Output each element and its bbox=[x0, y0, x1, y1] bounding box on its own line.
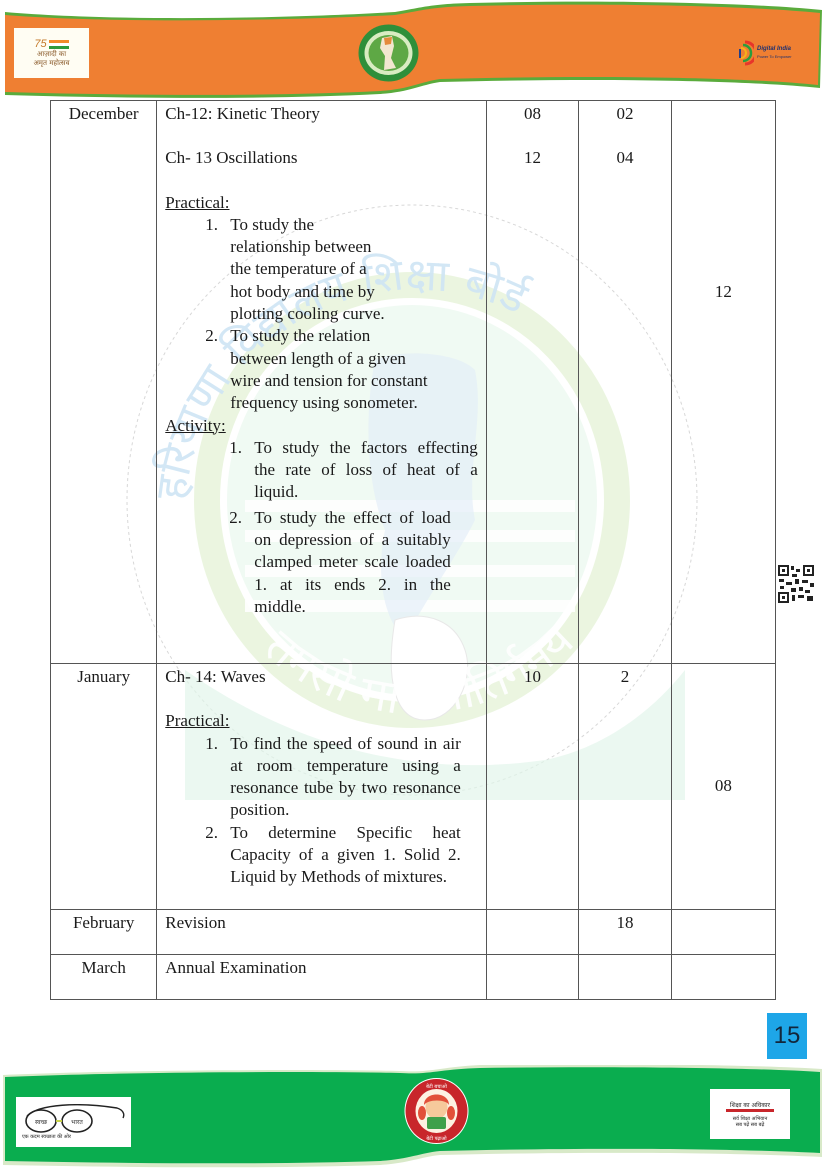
content-cell: Revision bbox=[157, 910, 486, 955]
month-cell: January bbox=[51, 664, 157, 910]
table-row: December Ch-12: Kinetic Theory Ch- 13 Os… bbox=[51, 101, 776, 664]
footer-banner: स्वच्छ भारत एक कदम स्वच्छता की ओर बेटी ब… bbox=[0, 1065, 827, 1169]
activity-heading: Activity: bbox=[165, 415, 477, 437]
shiksha-ka-adhikar-logo: शिक्षा का अधिकार सर्व शिक्षा अभियान सब प… bbox=[710, 1089, 790, 1139]
swachh-bharat-logo: स्वच्छ भारत एक कदम स्वच्छता की ओर bbox=[16, 1097, 131, 1147]
col4-cell: 2 bbox=[579, 664, 671, 910]
rte-title: शिक्षा का अधिकार bbox=[726, 1101, 774, 1112]
page-number: 15 bbox=[767, 1013, 807, 1059]
haryana-board-emblem bbox=[358, 24, 419, 82]
content-cell: Ch-12: Kinetic Theory Ch- 13 Oscillation… bbox=[157, 101, 486, 664]
col3-cell: 08 12 bbox=[486, 101, 578, 664]
digital-india-tagline: Power To Empower bbox=[757, 53, 792, 60]
header-banner: 75 आज़ादी का अमृत महोत्सव Digital India … bbox=[0, 0, 827, 100]
svg-text:बेटी पढ़ाओ: बेटी पढ़ाओ bbox=[426, 1135, 447, 1142]
digital-india-logo: Digital India Power To Empower bbox=[736, 40, 808, 66]
activity-list: 1. To study the factors effecting the ra… bbox=[165, 437, 477, 618]
qr-code-icon[interactable] bbox=[777, 564, 815, 604]
practical-list: 1. To find the speed of sound in air at … bbox=[165, 733, 460, 889]
month-cell: March bbox=[51, 955, 157, 1000]
chapter-title: Ch- 13 Oscillations bbox=[165, 147, 477, 169]
practical-list: 1. To study the relationship between the… bbox=[165, 214, 477, 415]
table-row: February Revision 18 bbox=[51, 910, 776, 955]
practical-heading: Practical: bbox=[165, 710, 477, 732]
chapter-title: Ch-12: Kinetic Theory bbox=[165, 103, 477, 125]
chapter-title: Ch- 14: Waves bbox=[165, 666, 477, 688]
digital-india-icon bbox=[736, 40, 754, 66]
list-item: 1. To study the relationship between the… bbox=[230, 214, 477, 325]
col4-cell: 18 bbox=[579, 910, 671, 955]
gandhi-glasses-icon: स्वच्छ भारत bbox=[19, 1104, 129, 1134]
table-row: January Ch- 14: Waves Practical: 1. To f… bbox=[51, 664, 776, 910]
list-item: 1. To study the factors effecting the ra… bbox=[254, 437, 477, 504]
content-cell: Annual Examination bbox=[157, 955, 486, 1000]
monthly-syllabus-table: December Ch-12: Kinetic Theory Ch- 13 Os… bbox=[50, 100, 776, 1000]
col3-cell bbox=[486, 955, 578, 1000]
col4-cell bbox=[579, 955, 671, 1000]
col3-cell: 10 bbox=[486, 664, 578, 910]
content-cell: Ch- 14: Waves Practical: 1. To find the … bbox=[157, 664, 486, 910]
table-row: March Annual Examination bbox=[51, 955, 776, 1000]
list-item: 2. To study the effect of load on depres… bbox=[254, 507, 450, 618]
svg-text:स्वच्छ: स्वच्छ bbox=[34, 1119, 47, 1126]
col5-cell bbox=[671, 910, 775, 955]
month-cell: December bbox=[51, 101, 157, 664]
list-item: 1. To find the speed of sound in air at … bbox=[230, 733, 460, 822]
month-cell: February bbox=[51, 910, 157, 955]
col5-cell bbox=[671, 955, 775, 1000]
svg-text:बेटी बचाओ: बेटी बचाओ bbox=[426, 1083, 448, 1090]
logo-text-1: आज़ादी का bbox=[37, 50, 66, 59]
swachh-tagline: एक कदम स्वच्छता की ओर bbox=[22, 1134, 71, 1140]
svg-text:भारत: भारत bbox=[71, 1119, 83, 1126]
list-item: 2. To study the relation between length … bbox=[230, 325, 477, 414]
list-item: 2. To determine Specific heat Capacity o… bbox=[230, 822, 460, 889]
col3-cell bbox=[486, 910, 578, 955]
logo-text-2: अमृत महोत्सव bbox=[33, 59, 69, 68]
azadi-ka-amrit-mahotsav-logo: 75 आज़ादी का अमृत महोत्सव bbox=[14, 28, 89, 78]
rte-line2: सब पढ़ें सब बढ़ें bbox=[736, 1122, 765, 1128]
col5-cell: 08 bbox=[671, 664, 775, 910]
practical-heading: Practical: bbox=[165, 192, 477, 214]
digital-india-title: Digital India bbox=[757, 46, 792, 53]
logo-numeral: 75 bbox=[34, 38, 46, 50]
flag-icon bbox=[49, 40, 69, 49]
col5-cell: 12 bbox=[671, 101, 775, 664]
col4-cell: 02 04 bbox=[579, 101, 671, 664]
beti-bachao-logo: बेटी बचाओ बेटी पढ़ाओ bbox=[404, 1077, 469, 1145]
